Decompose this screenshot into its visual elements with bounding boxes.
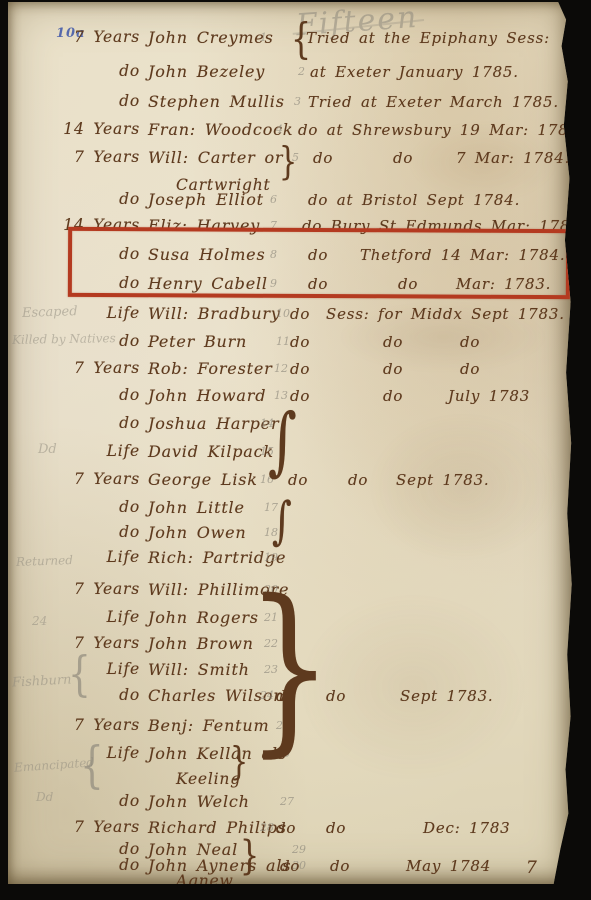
sentence-term: 7 Years — [58, 716, 140, 734]
margin-note: Dd — [38, 442, 57, 457]
margin-note: Escaped — [22, 304, 78, 321]
convict-name-alias: Agnew — [176, 872, 234, 890]
manuscript-page: Fifteen 10a 7 Years John Creymes 1 Tried… — [8, 2, 574, 884]
convict-name: John Creymes — [148, 28, 274, 47]
pencil-number: 2 — [298, 65, 305, 78]
brace-mark: } — [246, 576, 333, 758]
sentence-term: 14 Years — [58, 120, 140, 138]
convict-name: Stephen Mullis — [148, 92, 285, 111]
sentence-term: 7 Years — [58, 818, 140, 836]
margin-note: 24 — [32, 614, 47, 628]
trial-annotation: do — [290, 360, 310, 378]
sentence-term: do — [58, 386, 140, 404]
convict-row: 7 Years Rob: Forester 12 dododo — [8, 359, 574, 383]
trial-annotation: do at Shrewsbury 19 Mar: 1784. — [298, 121, 584, 139]
pencil-number: 1 — [260, 31, 267, 44]
margin-note: Fishburn — [12, 672, 72, 690]
brace-mark: ∫ — [268, 404, 298, 478]
brace-mark: ∫ — [272, 496, 293, 547]
trial-annotation: Sept 1783. — [396, 471, 490, 489]
page-number: 7 — [526, 858, 538, 878]
convict-name: John Bezeley — [148, 62, 265, 81]
brace-mark: } — [230, 742, 249, 780]
trial-annotation: at Exeter January 1785. — [310, 63, 519, 81]
sentence-term: do — [58, 856, 140, 874]
convict-name: John Brown — [148, 634, 254, 653]
convict-name: John Owen — [148, 523, 247, 542]
brace-mark: } — [240, 836, 260, 876]
margin-note: Dd — [36, 790, 53, 804]
brace-mark: } — [279, 142, 298, 180]
convict-row: do John Bezeley 2 at Exeter January 1785… — [8, 62, 574, 86]
convict-name: Joseph Elliot — [148, 190, 264, 209]
trial-annotation: do — [290, 305, 310, 323]
brace-mark: { — [291, 18, 312, 60]
margin-note: Returned — [16, 553, 73, 569]
trial-annotation: do — [393, 149, 413, 167]
photograph-background: Fifteen 10a 7 Years John Creymes 1 Tried… — [0, 0, 591, 900]
trial-annotation: do — [330, 857, 350, 875]
sentence-term: 7 Years — [58, 359, 140, 377]
trial-annotation: Tried at the Epiphany Sess: — [306, 29, 550, 47]
sentence-term: do — [58, 414, 140, 432]
convict-row: Life Will: Bradbury 10 doSess: for Middx… — [8, 304, 574, 328]
pencil-number: 3 — [294, 95, 301, 108]
convict-row: do John Ayners als 30 AgnewdodoMay 1784 — [8, 856, 574, 880]
pencil-number: 28 — [260, 821, 274, 834]
convict-name: Fran: Woodcock — [148, 120, 293, 139]
convict-name: John Howard — [148, 386, 266, 405]
convict-name: John Rogers — [148, 608, 259, 627]
convict-row: do Stephen Mullis 3 Tried at Exeter Marc… — [8, 92, 574, 116]
pencil-number: 11 — [276, 335, 290, 348]
sentence-term: Life — [58, 442, 140, 460]
convict-row: do Joseph Elliot 6 do at Bristol Sept 17… — [8, 190, 574, 214]
trial-annotation: July 1783 — [448, 387, 530, 405]
trial-annotation: do — [383, 333, 403, 351]
trial-annotation: do — [276, 819, 296, 837]
convict-name: David Kilpack — [148, 442, 274, 461]
sentence-term: 7 Years — [58, 580, 140, 598]
convict-name: Peter Burn — [148, 332, 247, 351]
pencil-number: 4 — [276, 123, 283, 136]
trial-annotation: do at Bristol Sept 1784. — [308, 191, 520, 209]
pencil-number: 29 — [292, 843, 306, 856]
pencil-number: 12 — [274, 362, 288, 375]
pencil-number: 6 — [270, 193, 277, 206]
sentence-term: 7 Years — [58, 470, 140, 488]
trial-annotation: Tried at Exeter March 1785. — [308, 93, 559, 111]
convict-row: do John Welch 27 — [8, 792, 574, 816]
trial-annotation: do — [326, 819, 346, 837]
sentence-term: Life — [58, 608, 140, 626]
sentence-term: do — [58, 190, 140, 208]
trial-annotation: 7 Mar: 1784. — [456, 149, 570, 167]
sentence-term: do — [58, 92, 140, 110]
sentence-term: do — [58, 523, 140, 541]
trial-annotation: May 1784 — [406, 857, 491, 875]
convict-name: John Welch — [148, 792, 250, 811]
margin-note: Killed by Natives — [12, 331, 116, 347]
trial-annotation: do — [290, 333, 310, 351]
trial-annotation: Sept 1783. — [400, 687, 494, 705]
trial-annotation: Dec: 1783 — [423, 819, 511, 837]
sentence-term: do — [58, 62, 140, 80]
sentence-term: 7 Years — [58, 28, 140, 46]
pencil-number: 10 — [276, 307, 290, 320]
convict-name: John Little — [148, 498, 245, 517]
sentence-term: do — [58, 792, 140, 810]
trial-annotation: Sess: for Middx Sept 1783. — [326, 305, 565, 323]
convict-name: George Lisk — [148, 470, 258, 489]
convict-name: Will: Carter or — [148, 148, 283, 167]
trial-annotation: do — [348, 471, 368, 489]
trial-annotation: do — [460, 360, 480, 378]
trial-annotation: do — [313, 149, 333, 167]
convict-name: Will: Bradbury — [148, 304, 281, 323]
convict-row: 7 Years Richard Philips 28 dodoDec: 1783 — [8, 818, 574, 842]
pencil-number: 27 — [280, 795, 294, 808]
sentence-term: 7 Years — [58, 148, 140, 166]
trial-annotation: do — [383, 387, 403, 405]
convict-name: Will: Smith — [148, 660, 250, 679]
trial-annotation: do — [383, 360, 403, 378]
convict-name: Rob: Forester — [148, 359, 273, 378]
trial-annotation: do — [280, 857, 300, 875]
trial-annotation: do — [460, 333, 480, 351]
sentence-term: do — [58, 498, 140, 516]
highlight-box — [68, 227, 570, 299]
